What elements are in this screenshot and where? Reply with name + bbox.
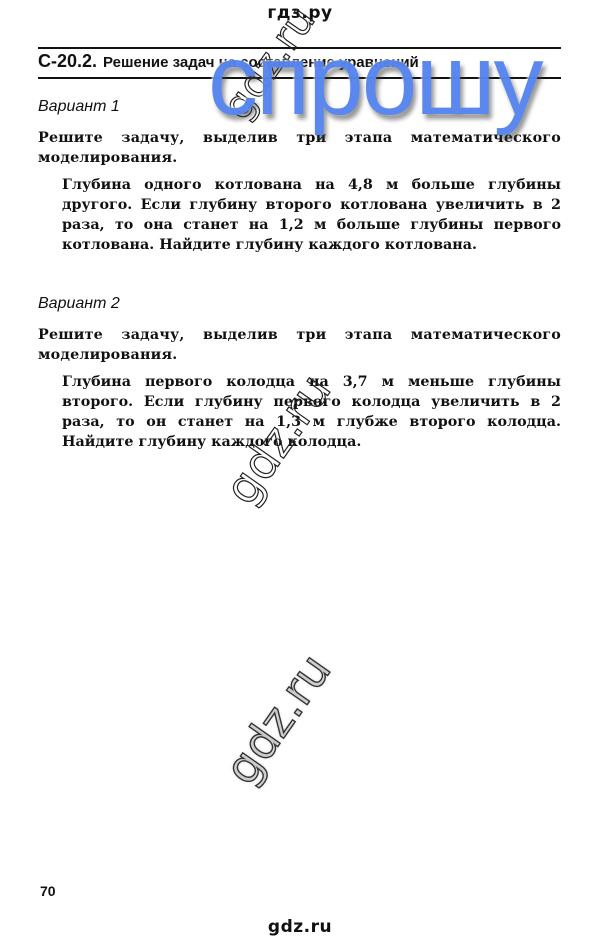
variant-1-problem: Глубина одного котлована на 4,8 м больше… <box>62 175 561 255</box>
variant-2-heading: Вариант 2 <box>38 295 120 313</box>
variant-1-heading: Вариант 1 <box>38 98 120 116</box>
variant-2-task: Решите задачу, выделив три этапа математ… <box>38 325 561 365</box>
page-number: 70 <box>40 883 56 899</box>
section-number: С-20.2. <box>38 51 97 71</box>
watermark-brand: спрошу <box>208 30 542 130</box>
watermark-gdz-bottom: gdz.ru <box>214 644 342 794</box>
textbook-page: гдз.ру С-20.2.Решение задач на составлен… <box>0 0 600 944</box>
site-footer: gdz.ru <box>0 917 600 937</box>
